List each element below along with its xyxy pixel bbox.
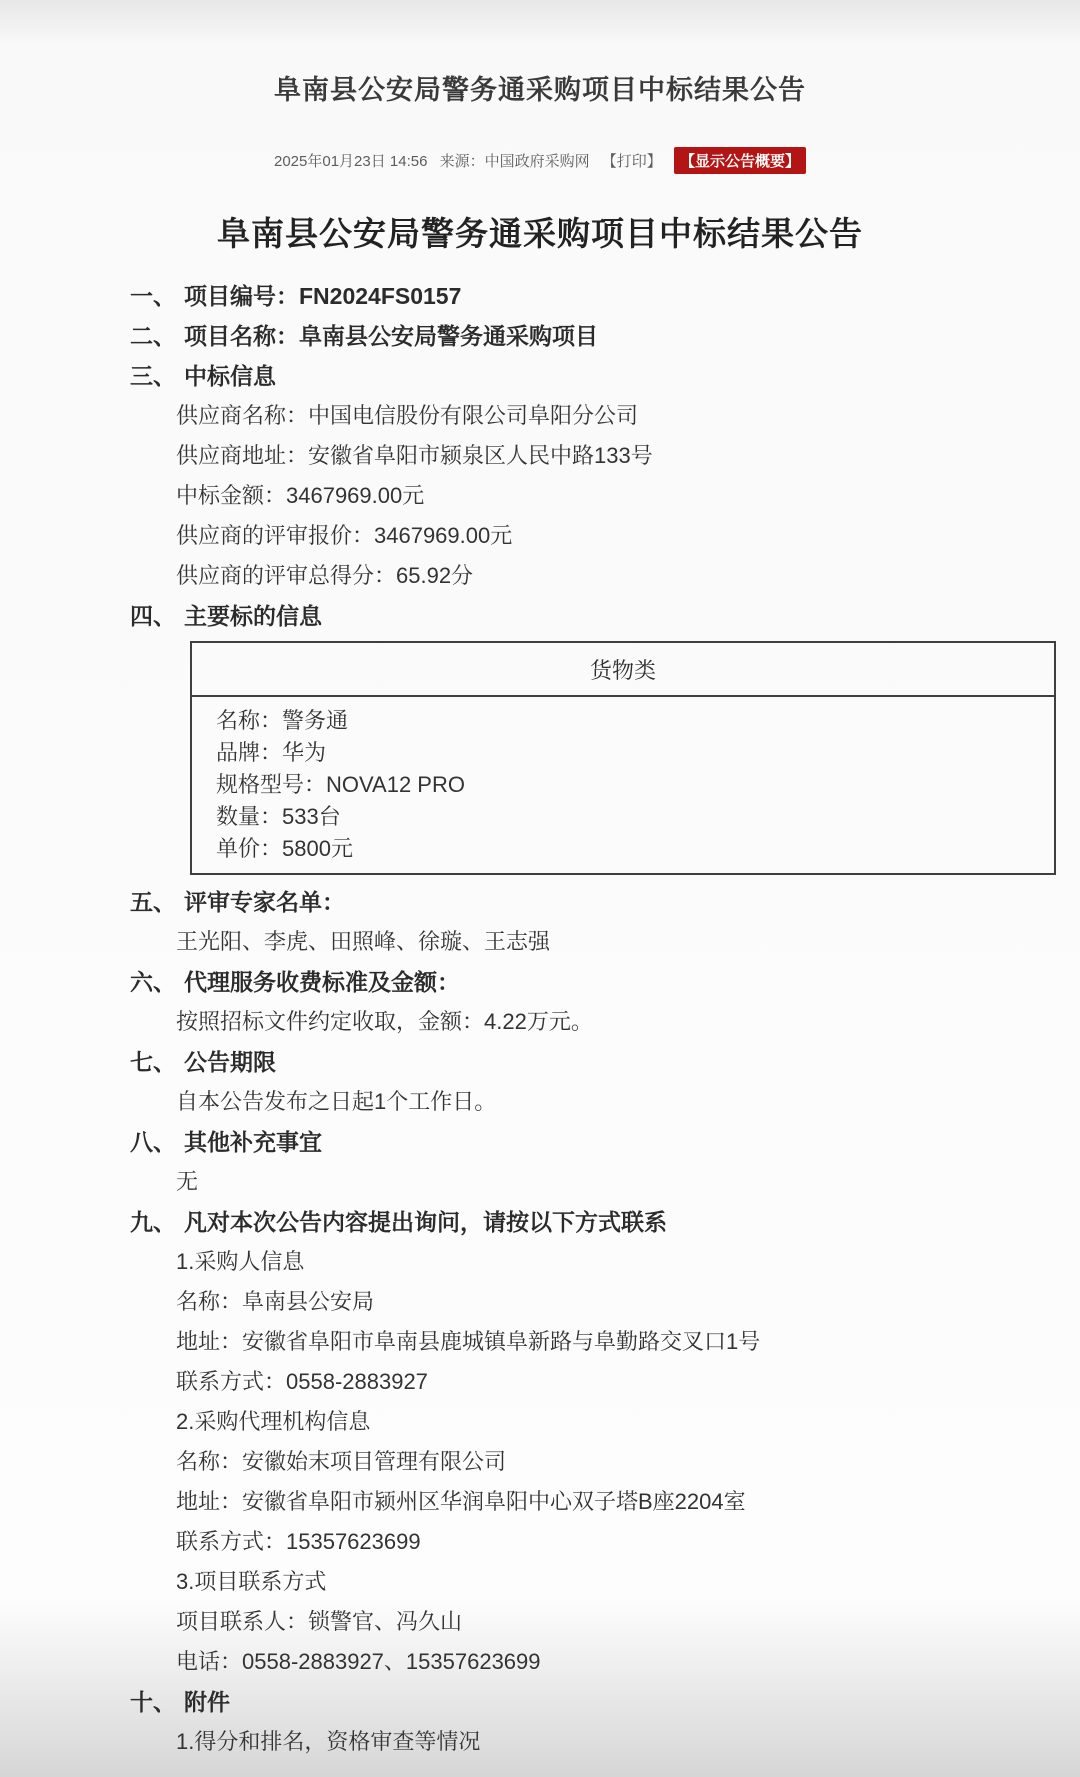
section-number: 六、 xyxy=(130,969,176,995)
agency-address: 地址：安徽省阜阳市颍州区华润阜阳中心双子塔B座2204室 xyxy=(130,1487,950,1517)
announcement-heading: 阜南县公安局警务通采购项目中标结果公告 xyxy=(130,208,950,255)
section-number: 五、 xyxy=(130,889,176,915)
section-title: 九、凡对本次公告内容提出询问，请按以下方式联系 xyxy=(130,1207,950,1237)
goods-quantity: 数量：533台 xyxy=(216,801,1054,833)
section-title: 七、公告期限 xyxy=(130,1047,950,1077)
page-title: 阜南县公安局警务通采购项目中标结果公告 xyxy=(130,68,950,107)
project-contact-person: 项目联系人：锁警官、冯久山 xyxy=(130,1607,950,1637)
section-number: 七、 xyxy=(130,1049,176,1075)
review-quote: 供应商的评审报价：3467969.00元 xyxy=(130,521,950,551)
goods-model: 规格型号：NOVA12 PRO xyxy=(216,769,1054,801)
purchaser-name: 名称：阜南县公安局 xyxy=(130,1287,950,1317)
project-contact-phone: 电话：0558-2883927、15357623699 xyxy=(130,1647,950,1677)
section-main-subject: 四、主要标的信息 货物类 名称：警务通 品牌：华为 规格型号：NOVA12 PR… xyxy=(130,601,950,875)
goods-table-body: 名称：警务通 品牌：华为 规格型号：NOVA12 PRO 数量：533台 单价：… xyxy=(192,697,1054,873)
section-contact-info: 九、凡对本次公告内容提出询问，请按以下方式联系 1.采购人信息 名称：阜南县公安… xyxy=(130,1207,950,1677)
agency-phone: 联系方式：15357623699 xyxy=(130,1527,950,1557)
section-title-text: 其他补充事宜 xyxy=(184,1129,322,1155)
section-title: 十、附件 xyxy=(130,1687,950,1717)
print-link[interactable]: 【打印】 xyxy=(602,153,662,170)
section-other-matters: 八、其他补充事宜 无 xyxy=(130,1127,950,1197)
award-amount: 中标金额：3467969.00元 xyxy=(130,481,950,511)
project-contact-subtitle: 3.项目联系方式 xyxy=(130,1567,950,1597)
section-number: 八、 xyxy=(130,1129,176,1155)
expert-names: 王光阳、李虎、田照峰、徐璇、王志强 xyxy=(130,927,950,957)
section-title: 五、评审专家名单： xyxy=(130,887,950,917)
section-experts: 五、评审专家名单： 王光阳、李虎、田照峰、徐璇、王志强 xyxy=(130,887,950,957)
agency-name: 名称：安徽始末项目管理有限公司 xyxy=(130,1447,950,1477)
section-attachments: 十、附件 1.得分和排名，资格审查等情况 xyxy=(130,1687,950,1757)
section-title-text: 凡对本次公告内容提出询问，请按以下方式联系 xyxy=(184,1209,667,1235)
section-title-text: 代理服务收费标准及金额： xyxy=(184,969,460,995)
purchaser-address: 地址：安徽省阜阳市阜南县鹿城镇阜新路与阜勤路交叉口1号 xyxy=(130,1327,950,1357)
goods-unit-price: 单价：5800元 xyxy=(216,833,1054,865)
section-title: 六、代理服务收费标准及金额： xyxy=(130,967,950,997)
section-project-name: 二、项目名称：阜南县公安局警务通采购项目 xyxy=(130,321,950,351)
section-number: 一、 xyxy=(130,283,176,309)
goods-table-header: 货物类 xyxy=(192,643,1054,697)
section-number: 九、 xyxy=(130,1209,176,1235)
section-title-text: 主要标的信息 xyxy=(184,603,322,629)
supplier-name: 供应商名称：中国电信股份有限公司阜阳分公司 xyxy=(130,401,950,431)
purchaser-phone: 联系方式：0558-2883927 xyxy=(130,1367,950,1397)
section-title-text: 项目名称：阜南县公安局警务通采购项目 xyxy=(184,323,598,349)
section-title-text: 中标信息 xyxy=(184,363,276,389)
show-summary-button[interactable]: 【显示公告概要】 xyxy=(674,147,806,174)
section-title: 三、中标信息 xyxy=(130,361,950,391)
meta-bar: 2025年01月23日 14:56 来源：中国政府采购网 【打印】 【显示公告概… xyxy=(130,147,950,174)
section-award-info: 三、中标信息 供应商名称：中国电信股份有限公司阜阳分公司 供应商地址：安徽省阜阳… xyxy=(130,361,950,591)
source-text: 来源：中国政府采购网 xyxy=(440,153,590,170)
announcement-page: 阜南县公安局警务通采购项目中标结果公告 2025年01月23日 14:56 来源… xyxy=(0,0,1080,1757)
section-title-text: 项目编号：FN2024FS0157 xyxy=(184,283,461,309)
review-score: 供应商的评审总得分：65.92分 xyxy=(130,561,950,591)
section-number: 三、 xyxy=(130,363,176,389)
purchaser-info-subtitle: 1.采购人信息 xyxy=(130,1247,950,1277)
section-project-number: 一、项目编号：FN2024FS0157 xyxy=(130,281,950,311)
section-title-text: 附件 xyxy=(184,1689,230,1715)
section-notice-period: 七、公告期限 自本公告发布之日起1个工作日。 xyxy=(130,1047,950,1117)
supplier-address: 供应商地址：安徽省阜阳市颍泉区人民中路133号 xyxy=(130,441,950,471)
agency-info-subtitle: 2.采购代理机构信息 xyxy=(130,1407,950,1437)
publish-datetime: 2025年01月23日 14:56 xyxy=(274,153,427,170)
section-number: 二、 xyxy=(130,323,176,349)
goods-table: 货物类 名称：警务通 品牌：华为 规格型号：NOVA12 PRO 数量：533台… xyxy=(190,641,1056,875)
section-title-text: 评审专家名单： xyxy=(184,889,345,915)
goods-brand: 品牌：华为 xyxy=(216,737,1054,769)
section-agency-fee: 六、代理服务收费标准及金额： 按照招标文件约定收取，金额：4.22万元。 xyxy=(130,967,950,1037)
agency-fee-text: 按照招标文件约定收取，金额：4.22万元。 xyxy=(130,1007,950,1037)
other-matters-text: 无 xyxy=(130,1167,950,1197)
goods-name: 名称：警务通 xyxy=(216,705,1054,737)
section-title: 四、主要标的信息 xyxy=(130,601,950,631)
section-number: 十、 xyxy=(130,1689,176,1715)
section-title: 八、其他补充事宜 xyxy=(130,1127,950,1157)
section-title-text: 公告期限 xyxy=(184,1049,276,1075)
section-number: 四、 xyxy=(130,603,176,629)
section-title: 一、项目编号：FN2024FS0157 xyxy=(130,281,950,311)
section-title: 二、项目名称：阜南县公安局警务通采购项目 xyxy=(130,321,950,351)
attachment-item: 1.得分和排名，资格审查等情况 xyxy=(130,1727,950,1757)
notice-period-text: 自本公告发布之日起1个工作日。 xyxy=(130,1087,950,1117)
